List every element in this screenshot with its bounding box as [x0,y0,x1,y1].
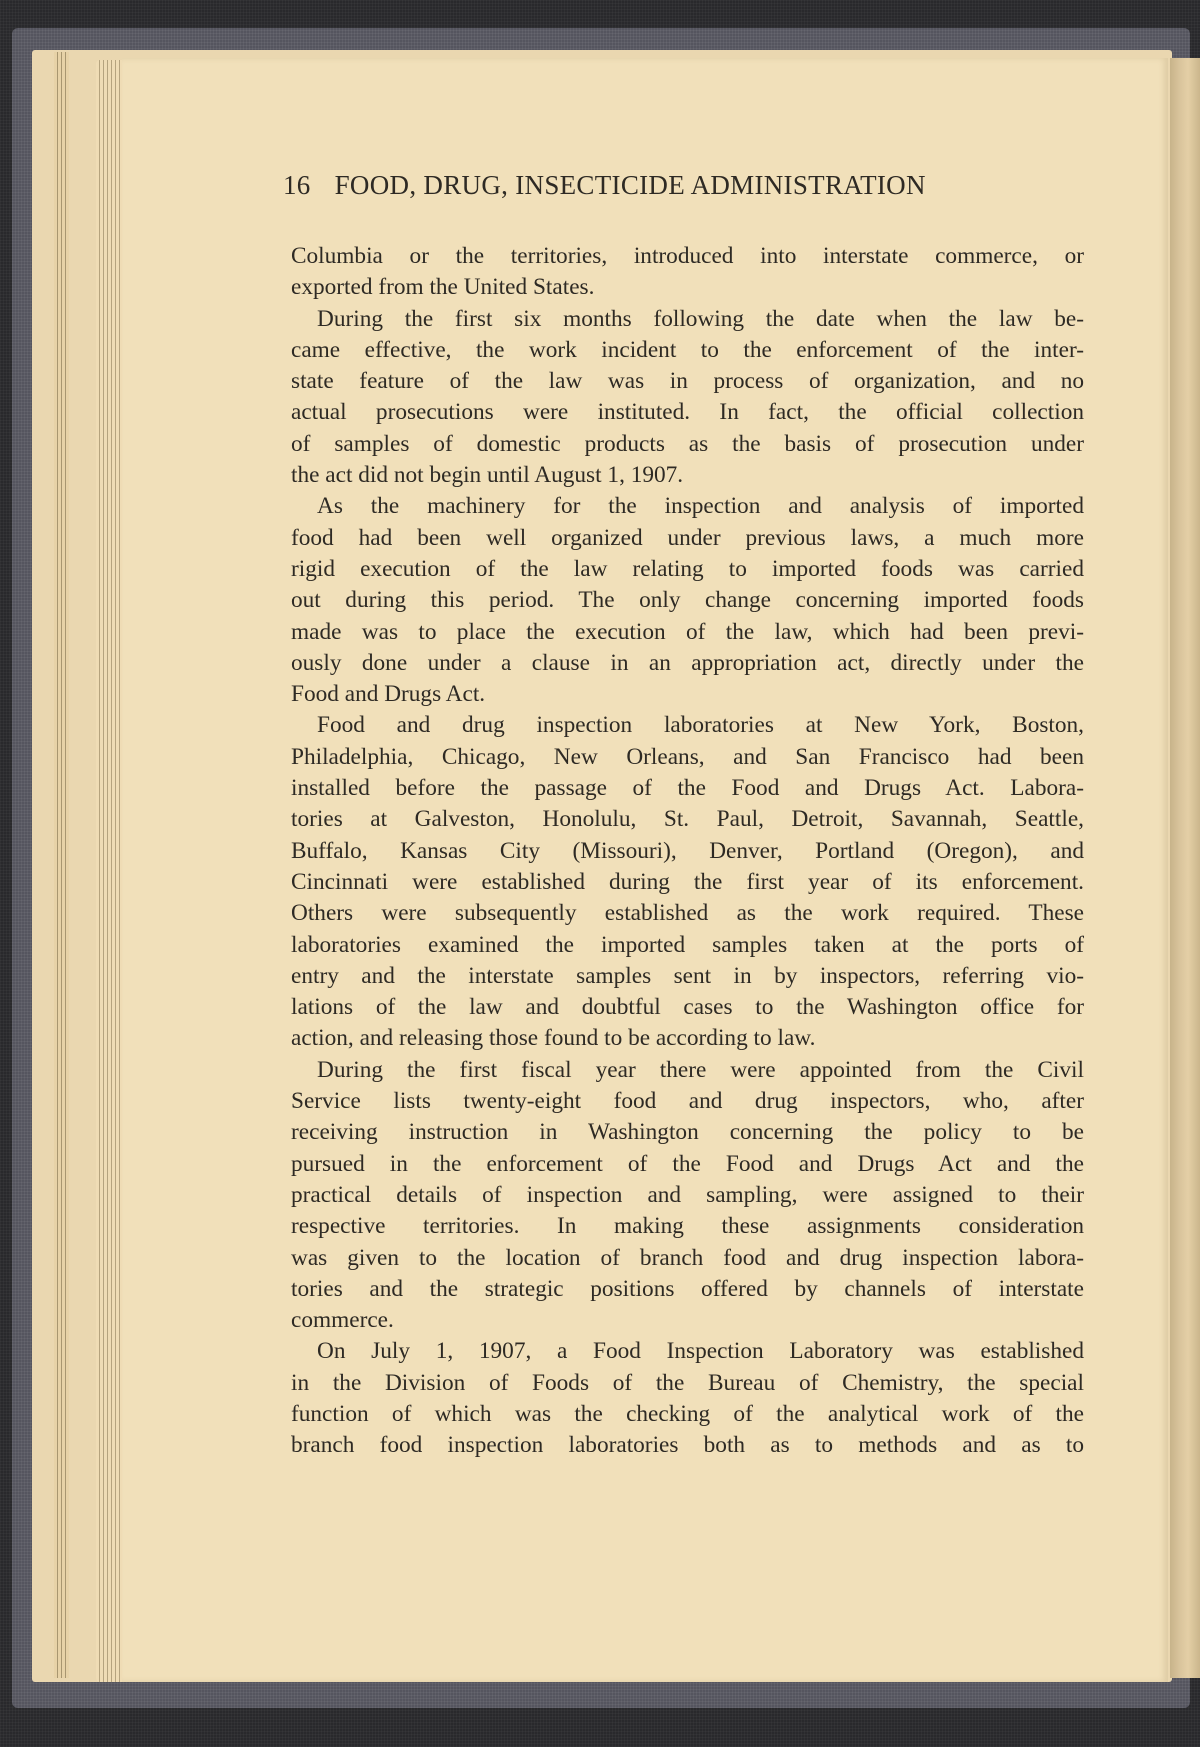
running-head: 16FOOD, DRUG, INSECTICIDE ADMINISTRATION [283,170,1083,201]
text-line: lations of the law and doubtful cases to… [291,992,1084,1023]
page-edge-stack-left [54,52,69,1678]
text-line: pursued in the enforcement of the Food a… [291,1149,1084,1180]
text-line: Philadelphia, Chicago, New Orleans, and … [291,742,1084,773]
text-line: As the machinery for the inspection and … [291,491,1084,522]
text-line: in the Division of Foods of the Bureau o… [291,1368,1084,1399]
text-line: practical details of inspection and samp… [291,1180,1084,1211]
page-edge-right [1170,58,1200,1678]
text-line: made was to place the execution of the l… [291,617,1084,648]
text-line: ously done under a clause in an appropri… [291,648,1084,679]
text-line: Service lists twenty-eight food and drug… [291,1086,1084,1117]
text-line: action, and releasing those found to be … [291,1023,1084,1054]
text-line: of samples of domestic products as the b… [291,429,1084,460]
text-line: Buffalo, Kansas City (Missouri), Denver,… [291,836,1084,867]
page-number: 16 [283,170,311,200]
text-line: commerce. [291,1305,1084,1336]
text-line: During the first six months following th… [291,304,1084,335]
text-line: function of which was the checking of th… [291,1399,1084,1430]
text-line: Food and drug inspection laboratories at… [291,710,1084,741]
text-line: receiving instruction in Washington conc… [291,1117,1084,1148]
body-text: Columbia or the territories, introduced … [291,241,1084,1462]
text-line: food had been well organized under previ… [291,523,1084,554]
text-line: tories at Galveston, Honolulu, St. Paul,… [291,804,1084,835]
text-line: Columbia or the territories, introduced … [291,241,1084,272]
text-line: On July 1, 1907, a Food Inspection Labor… [291,1336,1084,1367]
text-line: tories and the strategic positions offer… [291,1274,1084,1305]
page-edge-stack-inner [96,60,122,1682]
text-line: out during this period. The only change … [291,585,1084,616]
text-line: rigid execution of the law relating to i… [291,554,1084,585]
text-line: came effective, the work incident to the… [291,335,1084,366]
text-line: state feature of the law was in process … [291,366,1084,397]
text-line: the act did not begin until August 1, 19… [291,460,1084,491]
text-line: Others were subsequently established as … [291,898,1084,929]
text-line: During the first fiscal year there were … [291,1055,1084,1086]
text-line: was given to the location of branch food… [291,1243,1084,1274]
text-line: branch food inspection laboratories both… [291,1430,1084,1461]
text-line: Food and Drugs Act. [291,679,1084,710]
text-line: entry and the interstate samples sent in… [291,961,1084,992]
text-line: exported from the United States. [291,272,1084,303]
text-line: actual prosecutions were instituted. In … [291,397,1084,428]
text-line: laboratories examined the imported sampl… [291,930,1084,961]
text-line: respective territories. In making these … [291,1211,1084,1242]
text-line: installed before the passage of the Food… [291,773,1084,804]
text-line: Cincinnati were established during the f… [291,867,1084,898]
running-head-title: FOOD, DRUG, INSECTICIDE ADMINISTRATION [335,170,926,200]
